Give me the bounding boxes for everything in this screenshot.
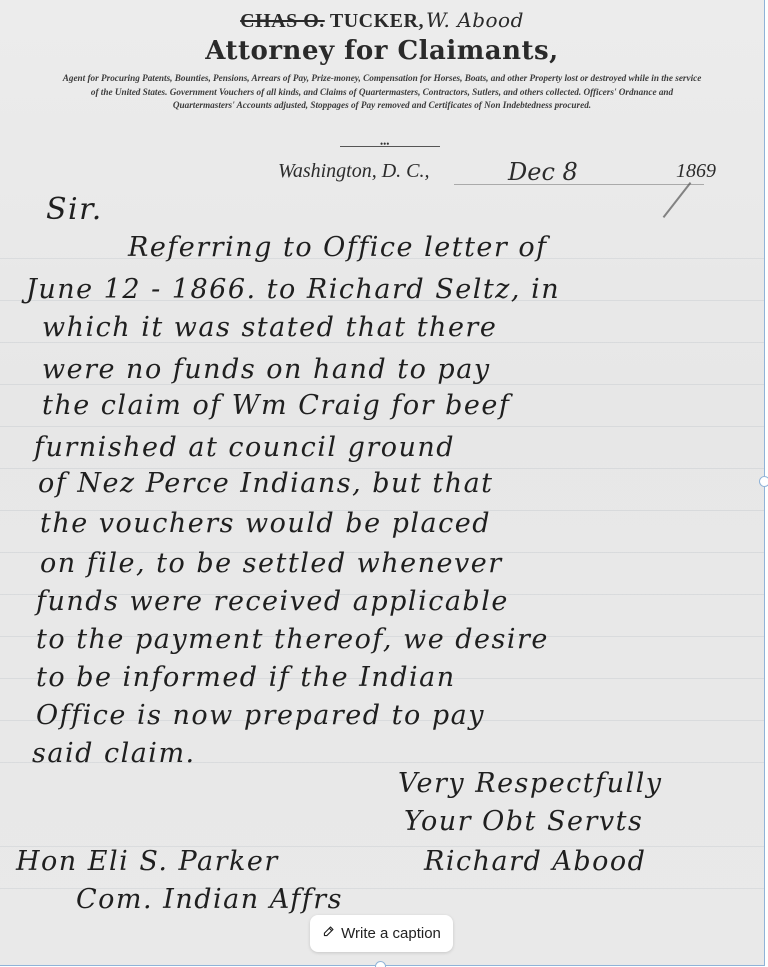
letter-line: June 12 - 1866. to Richard Seltz, in: [26, 274, 560, 305]
letter-line: Office is now prepared to pay: [36, 700, 485, 731]
closing-line: Very Respectfully: [398, 768, 663, 799]
addressee-title: Com. Indian Affrs: [76, 884, 343, 915]
letter-line: the vouchers would be placed: [40, 508, 491, 539]
dateline-year: 1869: [676, 160, 716, 183]
handwritten-name: W. Abood: [426, 8, 524, 32]
letter-line: of Nez Perce Indians, but that: [38, 468, 494, 499]
dateline: Washington, D. C., Dec 8 1869: [278, 160, 718, 190]
dateline-rule: [454, 184, 704, 185]
letter-line: furnished at council ground: [34, 432, 455, 463]
signature: Richard Abood: [424, 846, 646, 877]
letter-line: funds were received applicable: [36, 586, 509, 617]
write-caption-button[interactable]: Write a caption: [310, 915, 453, 952]
surname: TUCKER,: [330, 10, 424, 32]
ornament-divider: [340, 146, 440, 147]
letter-line: which it was stated that there: [42, 312, 497, 343]
letterhead-title: Attorney for Claimants,: [0, 36, 764, 66]
resize-handle-bottom[interactable]: [375, 961, 386, 967]
pencil-icon: [322, 925, 335, 942]
caption-button-label: Write a caption: [341, 925, 441, 942]
letter-line: were no funds on hand to pay: [42, 354, 491, 385]
letter-line: to be informed if the Indian: [36, 662, 456, 693]
addressee-name: Hon Eli S. Parker: [16, 846, 279, 877]
dateline-place: Washington, D. C.,: [278, 160, 430, 183]
salutation: Sir.: [46, 192, 103, 227]
struck-name: CHAS O.: [240, 10, 325, 32]
letter-line: Referring to Office letter of: [128, 232, 548, 263]
letterhead-name: CHAS O. TUCKER,W. Abood: [0, 8, 764, 33]
resize-handle-right[interactable]: [759, 476, 768, 487]
closing-line: Your Obt Servts: [404, 806, 643, 837]
letter-line: on file, to be settled whenever: [40, 548, 503, 579]
letter-line: to the payment thereof, we desire: [36, 624, 549, 655]
letter-line: the claim of Wm Craig for beef: [42, 390, 510, 421]
letter-image[interactable]: CHAS O. TUCKER,W. Abood Attorney for Cla…: [0, 0, 764, 965]
letter-line: said claim.: [32, 738, 196, 769]
dateline-date: Dec 8: [508, 158, 578, 186]
letterhead-description: Agent for Procuring Patents, Bounties, P…: [60, 72, 704, 113]
